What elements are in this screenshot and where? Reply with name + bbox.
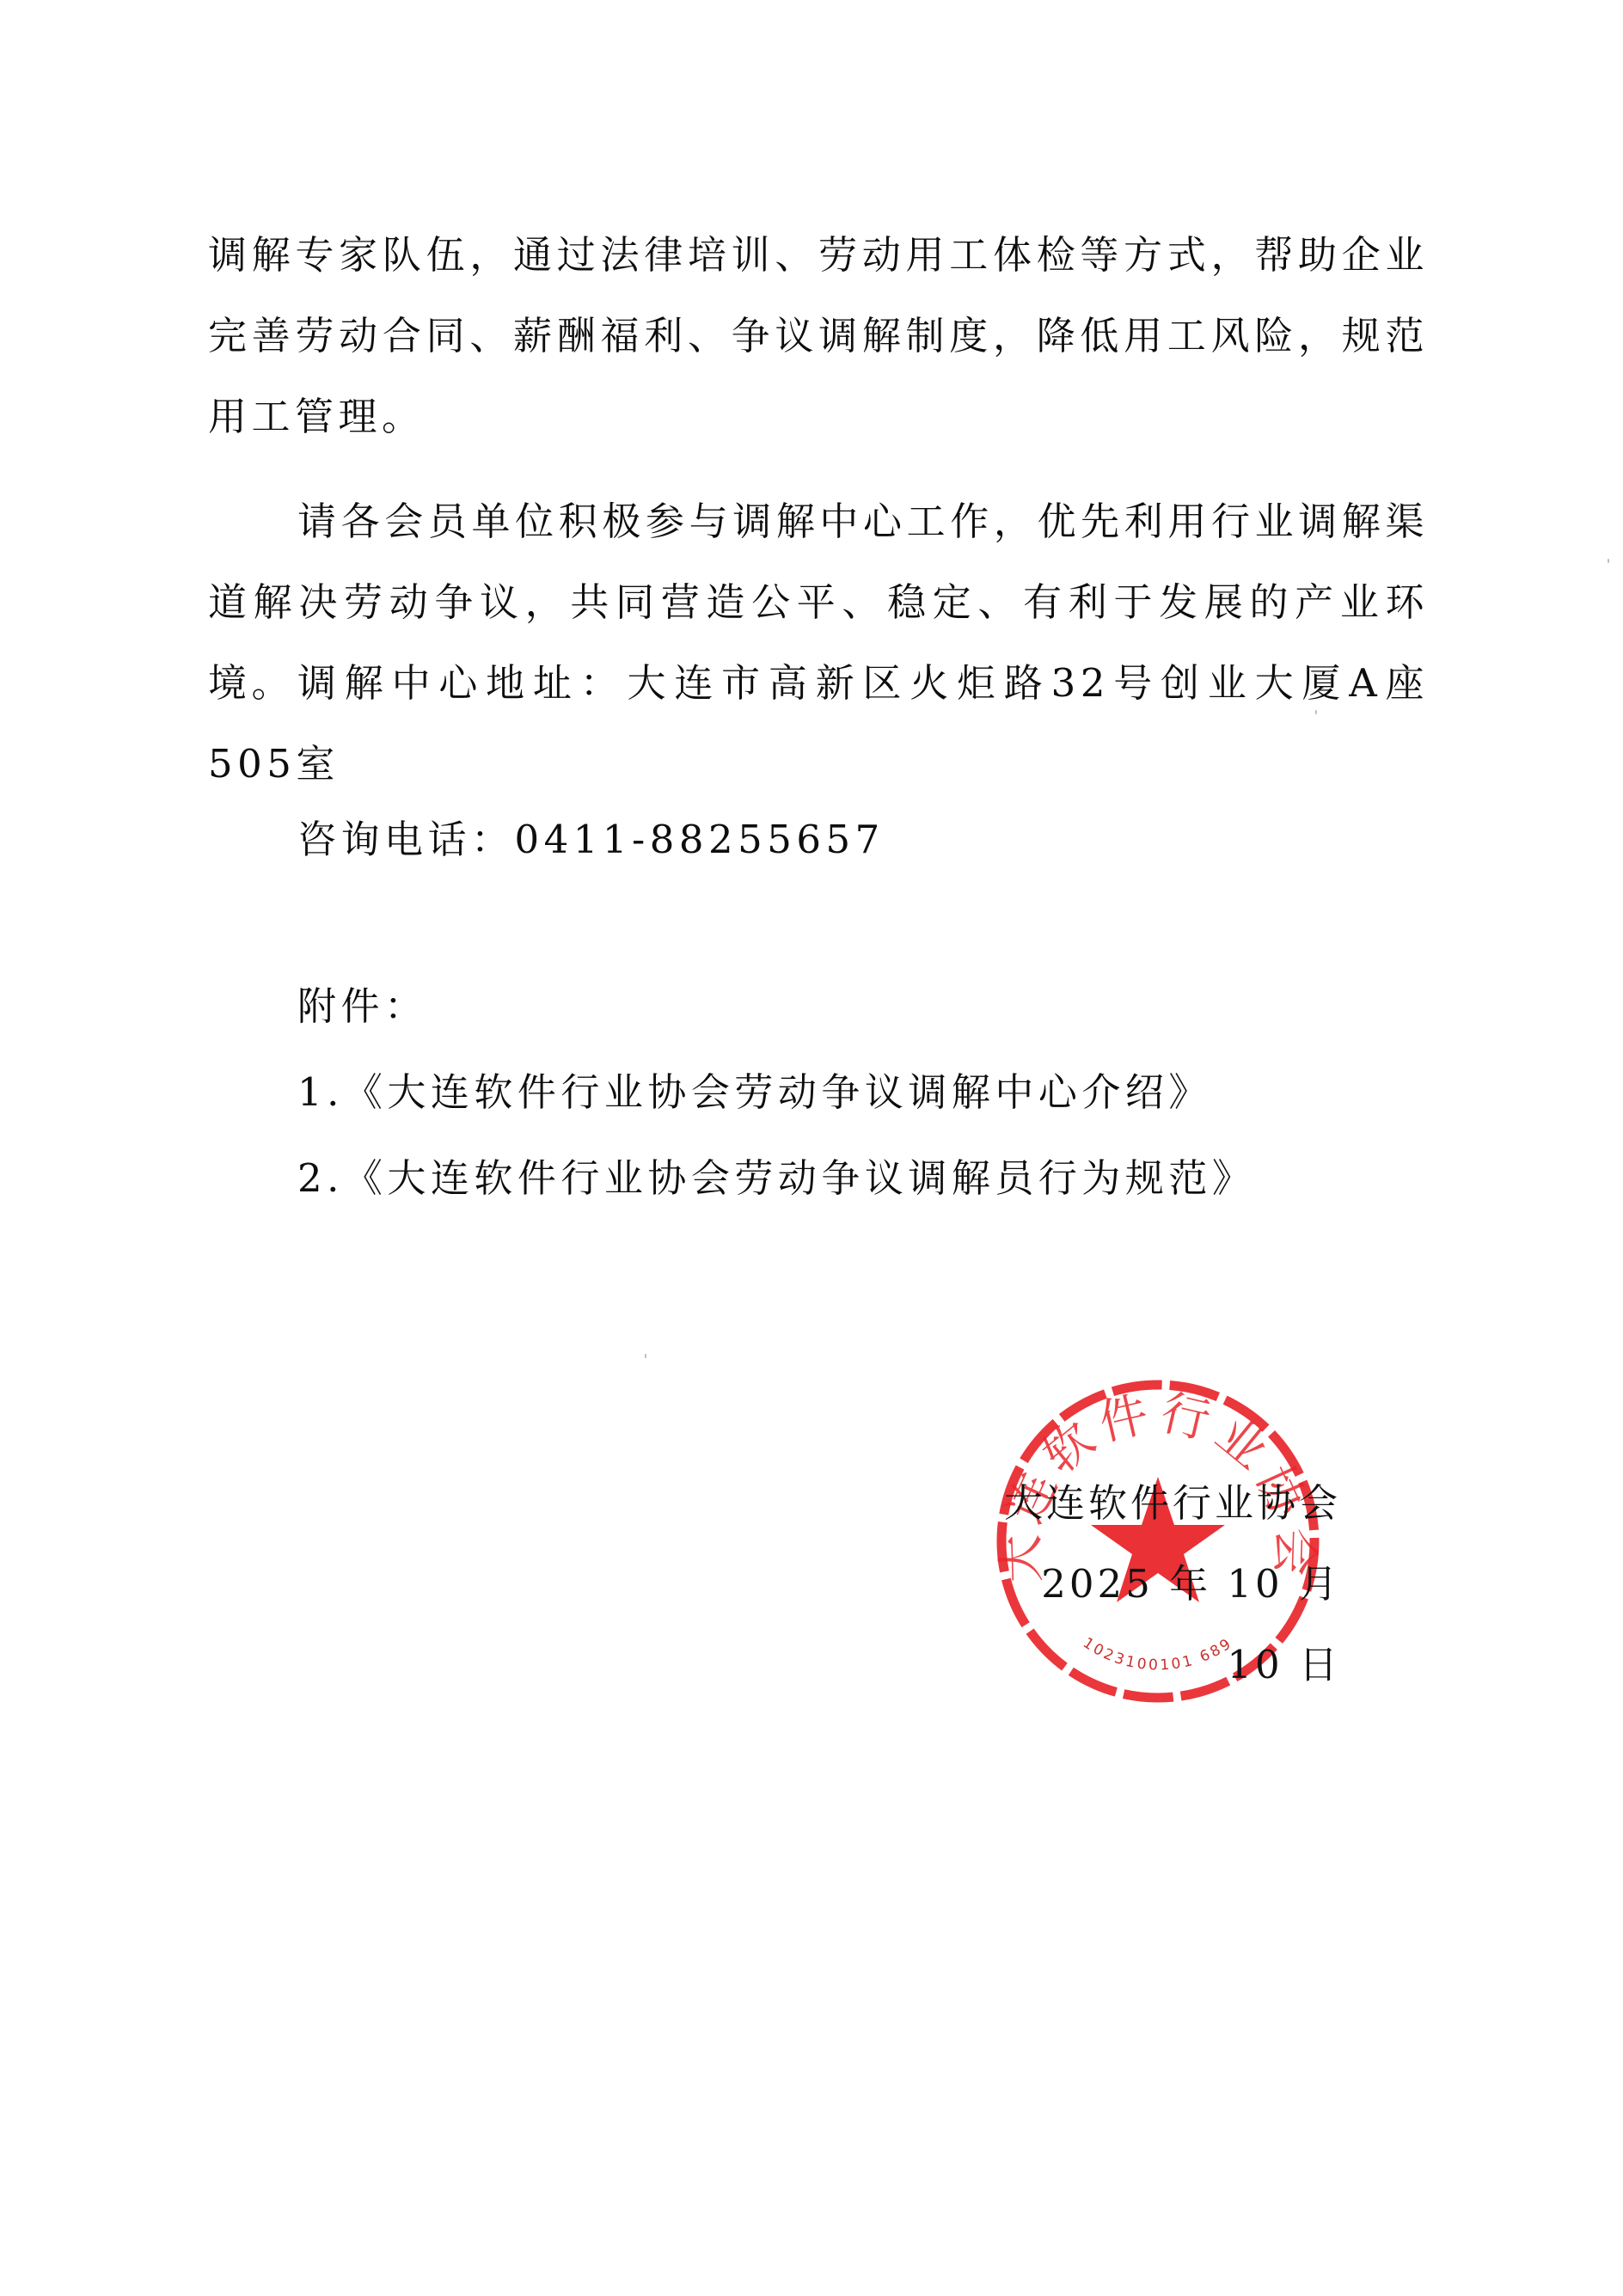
consultation-phone: 咨询电话：0411-88255657	[297, 808, 885, 864]
signing-date: 2025 年 10 月 10 日	[980, 1544, 1341, 1705]
attachment-item: 2.《大连软件行业协会劳动争议调解员行为规范》	[297, 1147, 1255, 1203]
scan-speck	[1315, 710, 1317, 714]
scan-speck	[645, 1354, 646, 1358]
signature-block: 大连软件行业协会 2025 年 10 月 10 日	[980, 1463, 1341, 1705]
address-paragraph: 调解中心地址：大连市高新区火炬路32号创业大厦A座505室	[208, 643, 1429, 805]
scan-speck	[1608, 559, 1609, 563]
attachment-item: 1.《大连软件行业协会劳动争议调解中心介绍》	[297, 1061, 1212, 1117]
signing-organization: 大连软件行业协会	[980, 1463, 1341, 1544]
attachments-heading: 附件：	[297, 975, 428, 1031]
body-paragraph-continued: 调解专家队伍，通过法律培训、劳动用工体检等方式，帮助企业完善劳动合同、薪酬福利、…	[208, 215, 1429, 457]
document-page: 调解专家队伍，通过法律培训、劳动用工体检等方式，帮助企业完善劳动合同、薪酬福利、…	[0, 0, 1623, 2296]
